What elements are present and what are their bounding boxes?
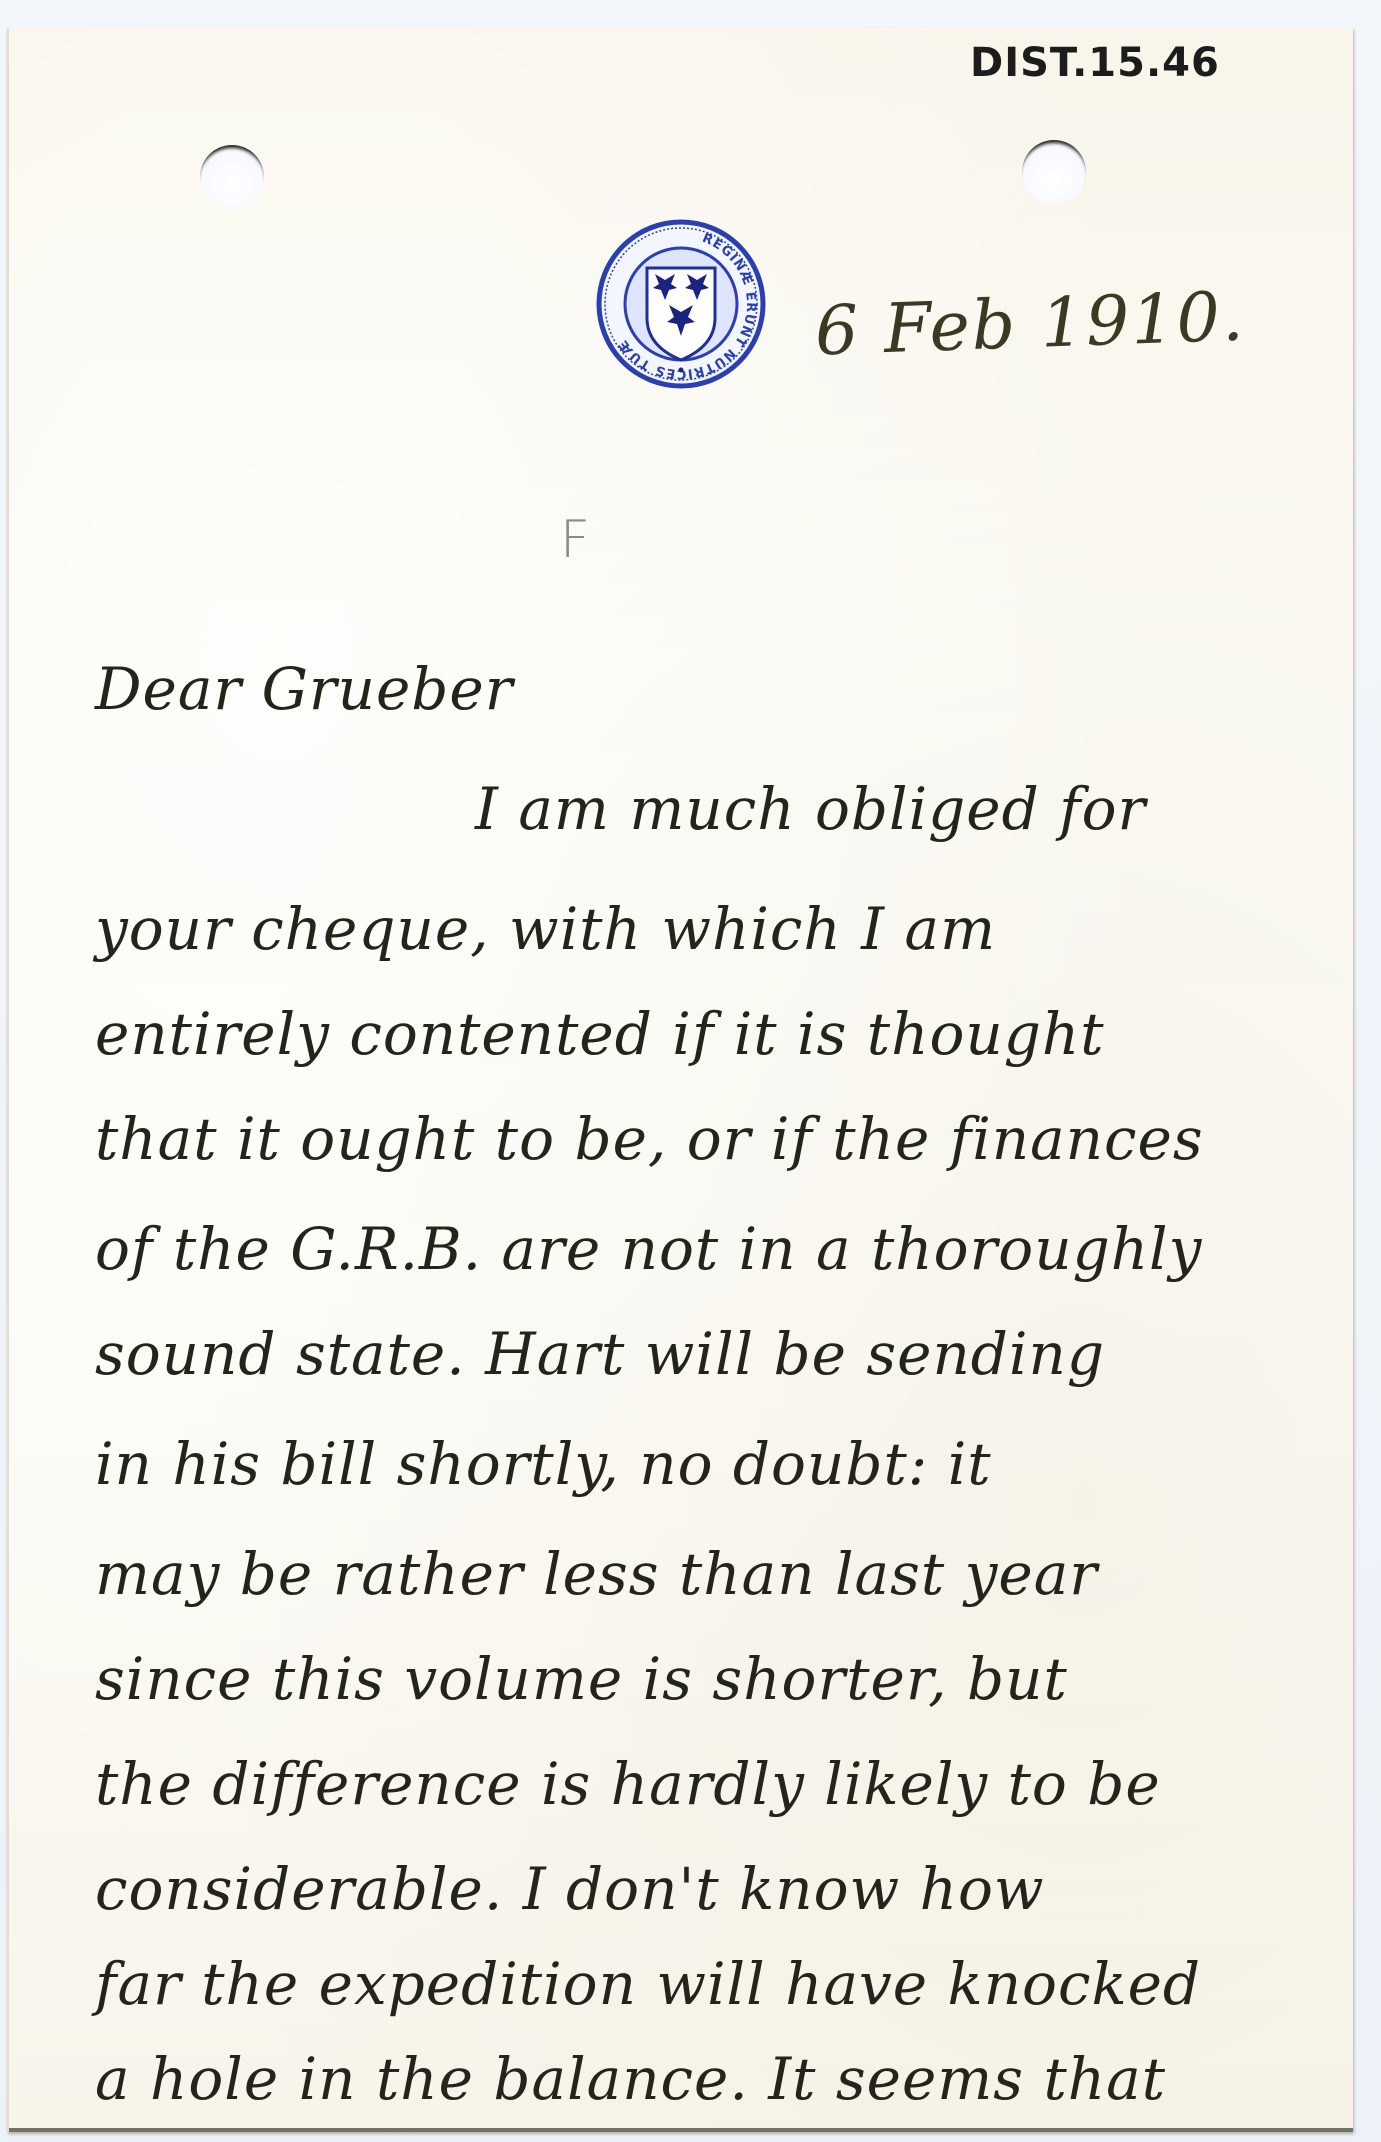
body-line: since this volume is shorter, but [95,1645,1068,1713]
body-line: considerable. I don't know how [95,1855,1045,1923]
punch-hole-right [1022,140,1086,204]
body-line: in his bill shortly, no doubt: it [95,1430,992,1498]
body-line: your cheque, with which I am [95,895,996,963]
body-line: the difference is hardly likely to be [95,1750,1161,1818]
body-line: that it ought to be, or if the finances [95,1105,1204,1173]
body-line: far the expedition will have knocked [95,1950,1201,2018]
pencil-annotation: F [560,510,590,570]
body-line: entirely contented if it is thought [95,1000,1105,1068]
archive-reference: DIST.15.46 [970,40,1220,86]
punch-hole-left [200,145,264,209]
letter-date: 6 Feb 1910. [814,278,1247,372]
body-line: of the G.R.B. are not in a thoroughly [95,1215,1202,1283]
body-line: may be rather less than last year [95,1540,1098,1608]
salutation: Dear Grueber [95,655,513,723]
body-line: a hole in the balance. It seems that [95,2045,1166,2113]
body-line: sound state. Hart will be sending [95,1320,1105,1388]
body-line: I am much obliged for [475,775,1146,843]
crest-seal-icon: REGINÆ ERUNT NUTRICES TUÆ [595,218,767,390]
